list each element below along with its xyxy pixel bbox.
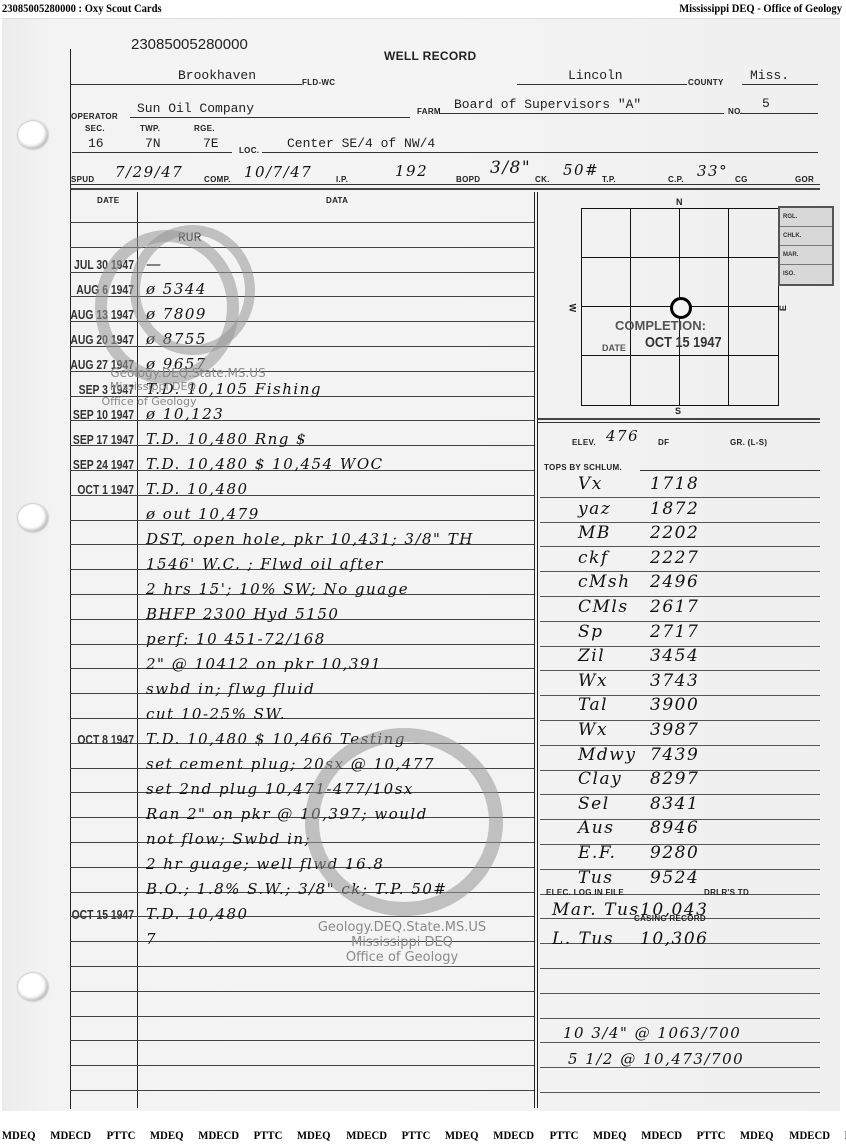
farm-value: Board of Supervisors "A" (454, 97, 641, 112)
formation-name: MB (578, 523, 611, 543)
watermark-office: Office of Geology (84, 395, 214, 408)
elev-value: 476 (606, 427, 639, 445)
elev-label: ELEV. (572, 438, 596, 447)
log-date: SEP 17 1947 (38, 432, 134, 447)
formation-depth: 3987 (650, 720, 699, 740)
plat-divider (538, 422, 820, 423)
formation-name: Tal (578, 695, 608, 715)
df-label: DF (658, 438, 669, 447)
county-underline (517, 84, 687, 85)
formation-depth: 9524 (650, 868, 699, 888)
log-date: SEP 24 1947 (38, 457, 134, 472)
cp-value: 33° (697, 162, 728, 180)
log-entry: T.D. 10,480 (146, 905, 249, 923)
field-underline (70, 84, 302, 85)
choke-size: 3/8" (490, 158, 531, 178)
ruled-line (540, 1042, 820, 1043)
footer-tag: MDEQ (297, 1128, 331, 1143)
operator-underline (130, 117, 410, 118)
casing-record-label: CASING RECORD (634, 914, 706, 923)
casing-entry: 10 3/4" @ 1063/700 (563, 1024, 741, 1042)
record-title: 23085005280000 : Oxy Scout Cards (2, 1, 162, 16)
ck-value: 50# (563, 161, 599, 179)
county-label: COUNTY (688, 78, 724, 87)
ruled-line (540, 993, 820, 994)
formation-name: Mar. Tus (552, 900, 640, 920)
ruled-line (70, 1040, 534, 1041)
data-column-divider (534, 192, 535, 1108)
completion-stamp-label: COMPLETION: (615, 318, 706, 333)
ruled-line (70, 1065, 534, 1066)
formation-name: Tus (578, 868, 614, 888)
formation-depth: 3743 (650, 671, 699, 691)
footer-tag: MDEQ (445, 1128, 479, 1143)
tops-label: TOPS BY SCHLUM. (544, 463, 622, 472)
formation-depth: 1872 (650, 499, 699, 519)
footer-tag: MDEQ (2, 1128, 36, 1143)
watermark-url: Geology.DEQ.State.MS.US (98, 366, 278, 380)
formation-name: CMls (578, 597, 629, 617)
formation-name: Wx (578, 720, 608, 740)
formation-name: Wx (578, 671, 608, 691)
formation-name: ckf (578, 548, 609, 568)
ruled-line (70, 966, 534, 967)
farm-underline (440, 113, 724, 114)
watermark-logo-icon (130, 225, 255, 355)
review-stamp: RGL. CHLK. MAR. ISO. (778, 206, 834, 286)
formation-depth: 2717 (650, 622, 699, 642)
formation-depth: 2496 (650, 572, 699, 592)
formation-name: Clay (578, 769, 622, 789)
ruled-line (540, 968, 820, 969)
spud-row-underline (70, 184, 820, 185)
punch-hole-icon (18, 504, 48, 532)
ruled-line (70, 520, 534, 521)
state-value: Miss. (750, 68, 789, 83)
drlr-td-label: DRLR'S TD (704, 888, 749, 897)
watermark-office: Office of Geology (302, 950, 502, 965)
footer-tag: MDECD (641, 1128, 682, 1143)
state-underline (742, 84, 818, 85)
loc-value: Center SE/4 of NW/4 (287, 136, 435, 151)
watermark-logo-icon (305, 728, 503, 916)
formation-depth: 2202 (650, 523, 699, 543)
log-entry: 7 (146, 930, 157, 948)
log-entry: swbd in; flwg fluid (146, 680, 315, 698)
log-entry: 1546' W.C. ; Flwd oil after (146, 555, 384, 573)
log-entry: T.D. 10,480 Rng $ (146, 430, 307, 448)
ruled-line (70, 1016, 534, 1017)
footer-tag: MDECD (789, 1128, 830, 1143)
field-value: Brookhaven (178, 68, 256, 83)
log-entry: DST, open hole, pkr 10,431; 3/8" TH (146, 530, 474, 548)
footer-tag: MDECD (346, 1128, 387, 1143)
ruled-line (70, 916, 534, 917)
formation-name: L. Tus (552, 929, 614, 949)
agency-title: Mississippi DEQ - Office of Geology (679, 1, 842, 16)
formation-depth: 2617 (650, 597, 699, 617)
formation-depth: 8297 (650, 769, 699, 789)
formation-name: Sel (578, 794, 610, 814)
log-entry: 2 hrs 15'; 10% SW; No guage (146, 580, 409, 598)
log-entry: cut 10-25% SW. (146, 705, 286, 723)
ruled-line (540, 546, 820, 547)
log-date: SEP 10 1947 (38, 407, 134, 422)
stamp-rgl: RGL. (780, 208, 832, 227)
elec-log-label: ELEC. LOG IN FILE (546, 888, 624, 897)
ruled-line (70, 495, 534, 496)
cg-label: CG (735, 175, 748, 184)
loc-label: LOC. (239, 146, 259, 155)
operator-label: OPERATOR (71, 112, 118, 121)
number-label: NO. (728, 107, 743, 116)
section-plat-map (581, 208, 779, 406)
county-value: Lincoln (568, 68, 623, 83)
well-number: 5 (762, 96, 770, 111)
ip-value: 192 (395, 162, 428, 180)
margin-line (70, 49, 71, 1109)
title-bar: 23085005280000 : Oxy Scout Cards Mississ… (0, 0, 846, 17)
log-entry: 2" @ 10412 on pkr 10,391 (146, 655, 382, 673)
tops-underline (640, 470, 820, 471)
formation-depth: 8946 (650, 818, 699, 838)
field-label: FLD-WC (302, 78, 335, 87)
ruled-line (70, 222, 534, 223)
log-entry: BHFP 2300 Hyd 5150 (146, 605, 339, 623)
ruled-line (70, 991, 534, 992)
plat-divider (538, 418, 820, 420)
gor-label: GOR (795, 175, 814, 184)
ruled-line (540, 497, 820, 498)
plat-south: S (675, 406, 681, 416)
twp-label: TWP. (140, 124, 160, 133)
log-entry: T.D. 10,480 (146, 480, 249, 498)
footer-tag: MDEQ (593, 1128, 627, 1143)
twp-value: 7N (145, 136, 161, 151)
log-date: OCT 8 1947 (38, 732, 134, 747)
ruled-line (70, 1090, 534, 1091)
api-number: 23085005280000 (131, 36, 248, 53)
header-divider (70, 188, 820, 190)
bopd-label: BOPD (456, 175, 480, 184)
footer-tag: MDEQ (740, 1128, 774, 1143)
footer-tag: PTTC (254, 1128, 283, 1143)
formation-depth: 8341 (650, 794, 699, 814)
spud-label: SPUD (71, 175, 94, 184)
footer-tag: PTTC (106, 1128, 135, 1143)
formation-name: Sp (578, 622, 604, 642)
sec-value: 16 (88, 136, 104, 151)
ip-label: I.P. (336, 175, 348, 184)
stamp-iso: ISO. (780, 265, 832, 283)
data-header: DATA (326, 196, 348, 205)
plat-west: W (567, 304, 577, 313)
comp-label: COMP. (204, 175, 231, 184)
footer-tag: MDECD (198, 1128, 239, 1143)
formation-name: Vx (578, 474, 603, 494)
footer-tag: MDECD (494, 1128, 535, 1143)
footer-tag: PTTC (697, 1128, 726, 1143)
completion-date: OCT 15 1947 (645, 334, 722, 351)
footer-tag: PTTC (549, 1128, 578, 1143)
formation-depth: 3454 (650, 646, 699, 666)
log-date: OCT 1 1947 (38, 482, 134, 497)
loc-underline (262, 152, 818, 153)
plat-grid-line (582, 257, 778, 258)
plat-grid-line (630, 209, 631, 405)
rge-value: 7E (203, 136, 219, 151)
log-entry: ø out 10,479 (146, 505, 260, 523)
comp-value: 10/7/47 (244, 163, 312, 181)
operator-value: Sun Oil Company (137, 101, 254, 116)
well-location-marker-icon (670, 297, 692, 319)
punch-hole-icon (18, 973, 48, 1001)
footer-tag-strip: MDEQMDECDPTTCMDEQMDECDPTTCMDEQMDECDPTTCM… (0, 1128, 846, 1147)
plat-east: E (778, 305, 788, 311)
rge-label: RGE. (194, 124, 215, 133)
watermark-agency: Mississippi DEQ (302, 935, 502, 950)
ruled-line (540, 1018, 820, 1019)
data-column-divider (537, 192, 538, 1108)
log-entry: T.D. 10,480 $ 10,454 WOC (146, 455, 384, 473)
spud-value: 7/29/47 (115, 163, 183, 181)
watermark-url: Geology.DEQ.State.MS.US (302, 920, 502, 935)
footer-tag: PTTC (402, 1128, 431, 1143)
formation-name: Mdwy (578, 745, 636, 765)
footer-tag: MDEQ (150, 1128, 184, 1143)
ruled-line (70, 420, 534, 421)
farm-label: FARM (417, 107, 441, 116)
cp-label: C.P. (668, 175, 684, 184)
formation-depth: 9280 (650, 843, 699, 863)
gr-label: GR. (L-S) (730, 438, 767, 447)
casing-entry: 5 1/2 @ 10,473/700 (568, 1050, 744, 1068)
formation-name: cMsh (578, 572, 631, 592)
number-underline (740, 113, 818, 114)
formation-depth: 7439 (650, 745, 699, 765)
formation-depth: 10,306 (640, 929, 708, 949)
plat-north: N (676, 197, 683, 207)
formation-name: Aus (578, 818, 614, 838)
watermark-agency: Mississippi DEQ (88, 380, 218, 393)
plat-grid-line (728, 209, 729, 405)
log-date: OCT 15 1947 (38, 907, 134, 922)
stamp-chlk: CHLK. (780, 227, 832, 246)
log-entry: not flow; Swbd in; (146, 830, 311, 848)
log-entry: perf: 10 451-72/168 (146, 630, 326, 648)
sec-label: SEC. (85, 124, 105, 133)
formation-depth: 1718 (650, 474, 699, 494)
punch-hole-icon (18, 121, 48, 149)
ruled-line (540, 1092, 820, 1093)
ruled-line (70, 718, 534, 719)
form-title: WELL RECORD (384, 49, 476, 63)
footer-tag: MDECD (51, 1128, 92, 1143)
stamp-mar: MAR. (780, 246, 832, 265)
formation-name: Zil (578, 646, 605, 666)
completion-date-label: DATE (602, 343, 626, 353)
formation-name: E.F. (578, 843, 616, 863)
location-underline (72, 152, 232, 153)
plat-grid-line (582, 355, 778, 356)
formation-depth: 3900 (650, 695, 699, 715)
formation-depth: 2227 (650, 548, 699, 568)
tp-label: T.P. (602, 175, 616, 184)
formation-name: yaz (578, 499, 611, 519)
date-header: DATE (97, 196, 119, 205)
ck-label: CK. (535, 175, 550, 184)
